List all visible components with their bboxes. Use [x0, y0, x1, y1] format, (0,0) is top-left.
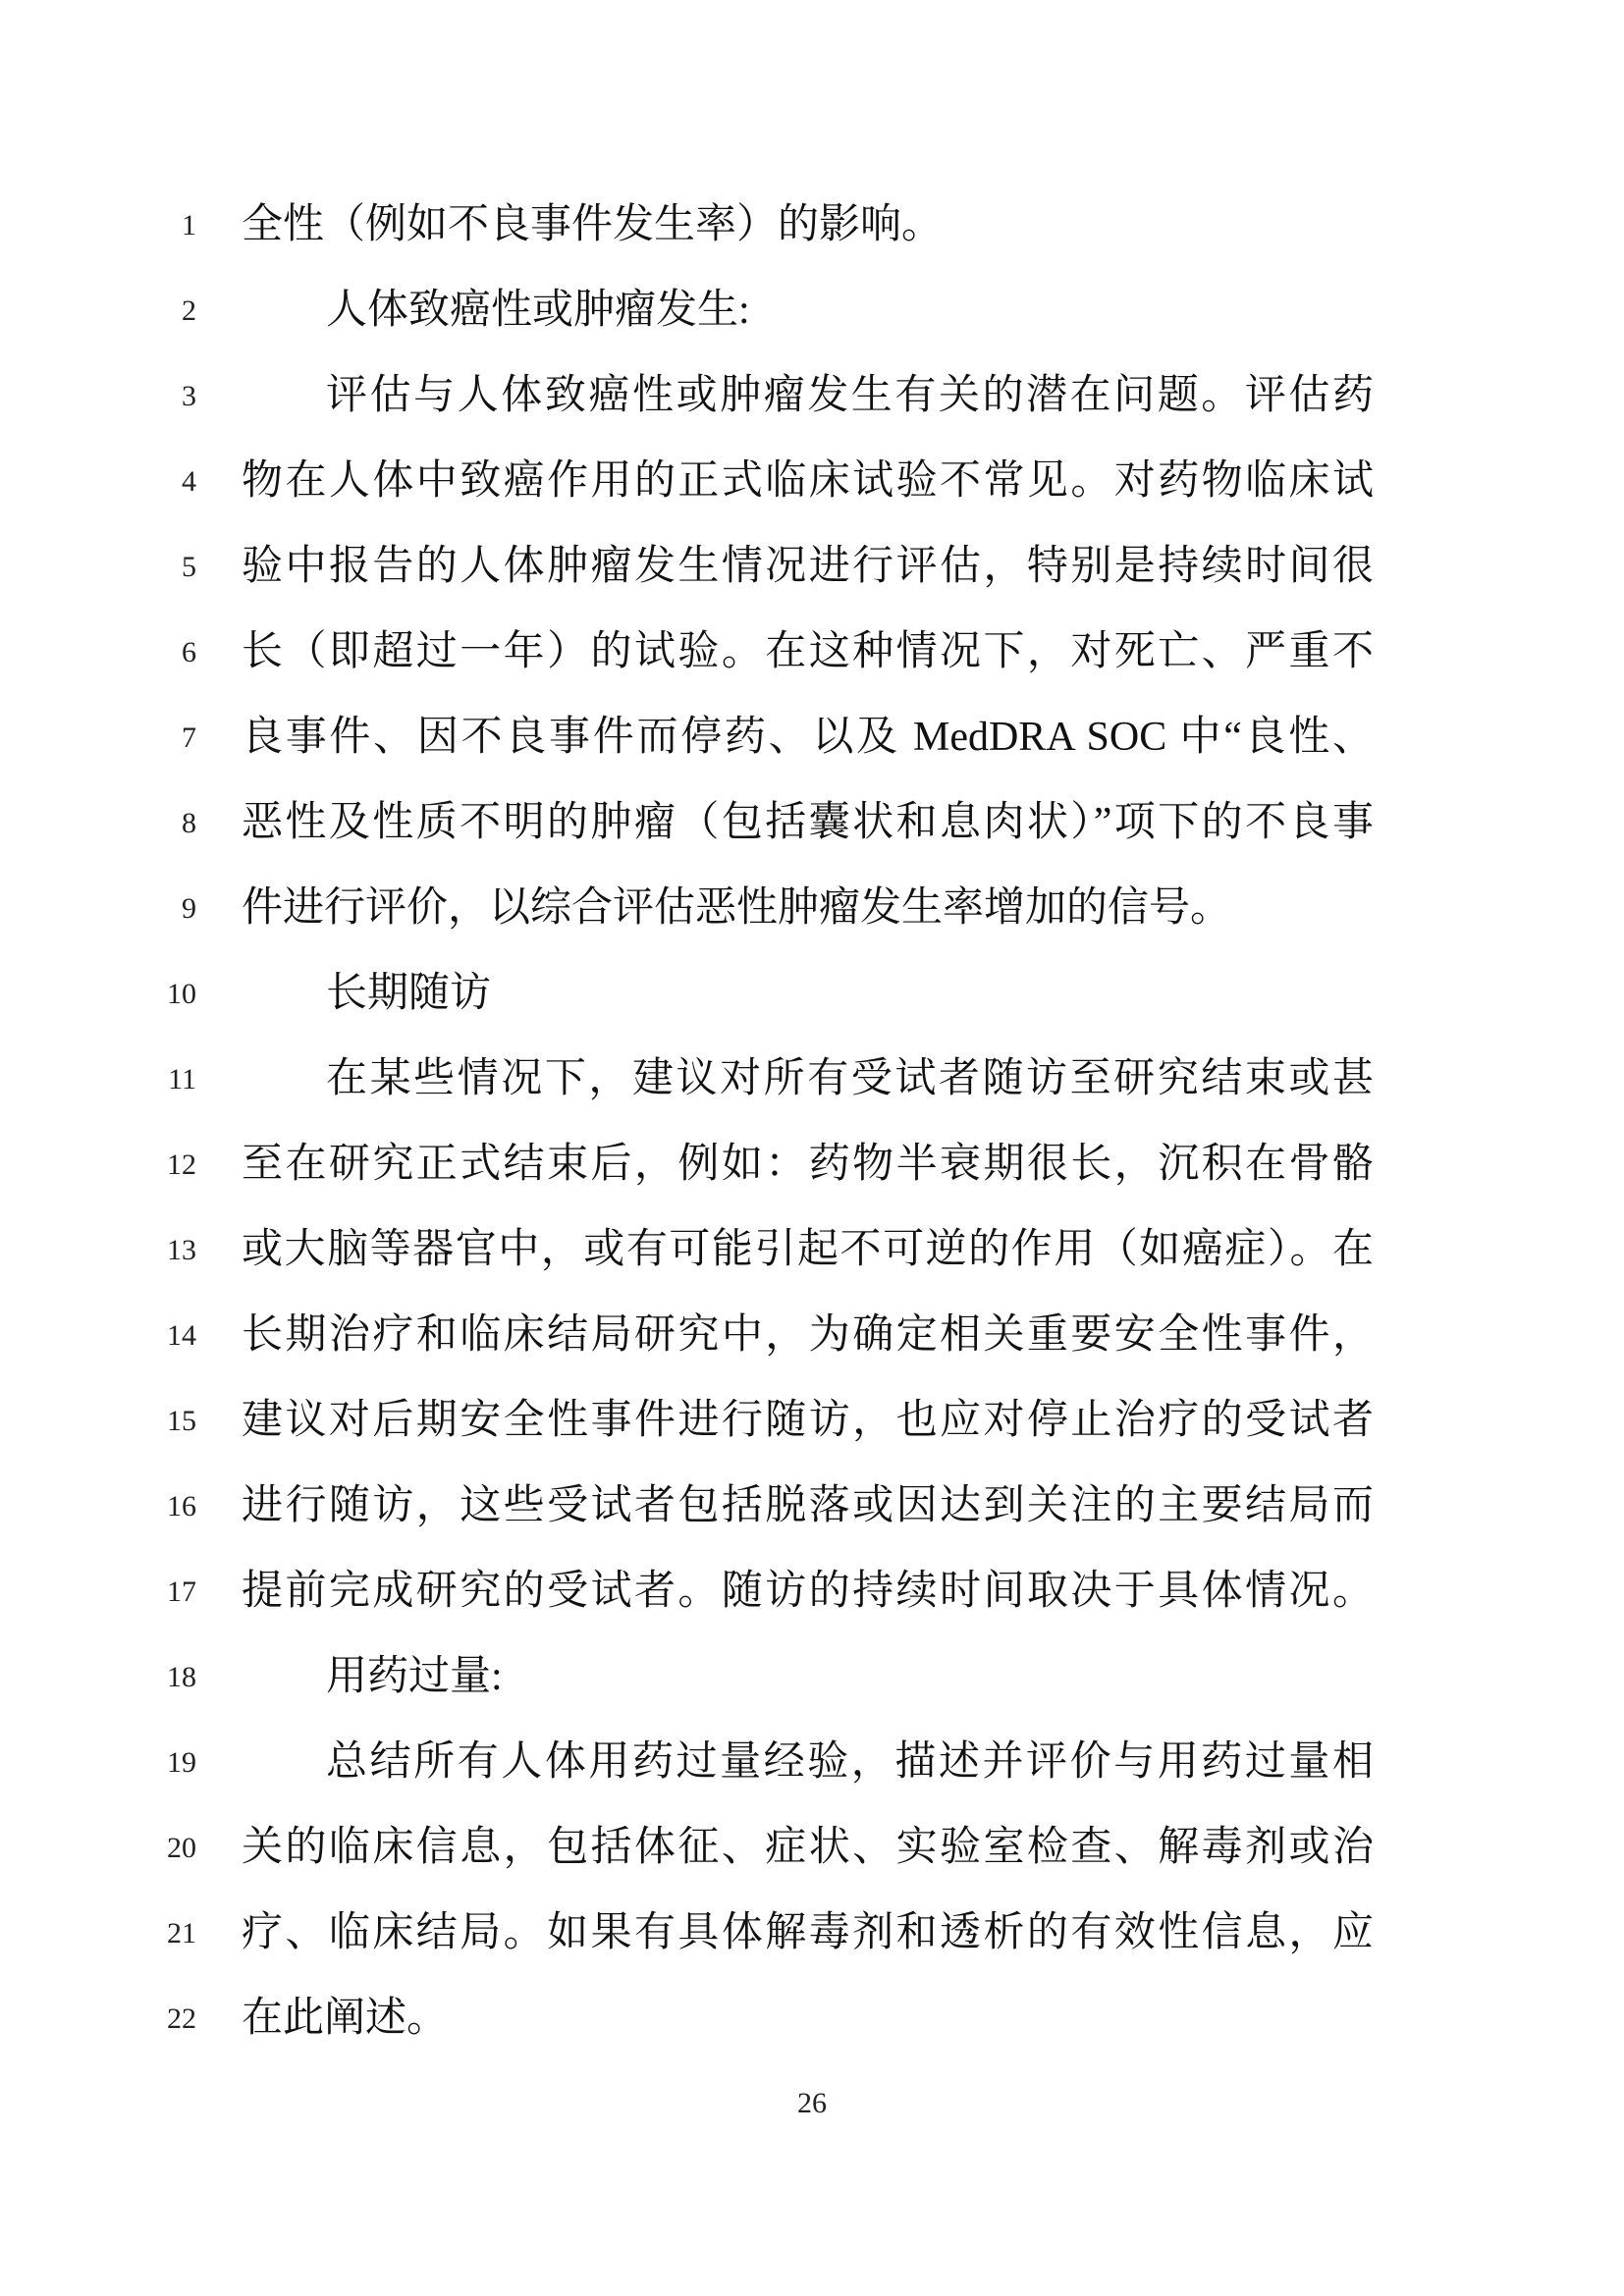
line-number: 21	[0, 1891, 196, 1976]
text-line: 20 关的临床信息，包括体征、症状、实验室检查、解毒剂或治	[0, 1805, 1624, 1891]
text-line: 2 人体致癌性或肿瘤发生:	[0, 268, 1624, 353]
line-number: 10	[0, 951, 196, 1037]
line-number: 3	[0, 353, 196, 439]
line-text: 评估与人体致癌性或肿瘤发生有关的潜在问题。评估药	[242, 353, 1374, 439]
line-text: 在某些情况下，建议对所有受试者随访至研究结束或甚	[242, 1037, 1374, 1122]
line-number: 22	[0, 1976, 196, 2061]
line-number: 5	[0, 524, 196, 610]
text-line: 5 验中报告的人体肿瘤发生情况进行评估，特别是持续时间很	[0, 524, 1624, 610]
line-number: 4	[0, 439, 196, 524]
line-text: 进行随访，这些受试者包括脱落或因达到关注的主要结局而	[242, 1464, 1374, 1549]
text-line: 11 在某些情况下，建议对所有受试者随访至研究结束或甚	[0, 1037, 1624, 1122]
line-number: 17	[0, 1549, 196, 1634]
line-text: 件进行评价，以综合评估恶性肿瘤发生率增加的信号。	[242, 866, 1374, 951]
text-line: 3 评估与人体致癌性或肿瘤发生有关的潜在问题。评估药	[0, 353, 1624, 439]
text-line: 14 长期治疗和临床结局研究中，为确定相关重要安全性事件，	[0, 1293, 1624, 1378]
line-text: 建议对后期安全性事件进行随访，也应对停止治疗的受试者	[242, 1378, 1374, 1464]
line-number: 15	[0, 1378, 196, 1464]
line-number: 19	[0, 1720, 196, 1805]
line-number: 9	[0, 866, 196, 951]
line-text: 长（即超过一年）的试验。在这种情况下，对死亡、严重不	[242, 610, 1374, 695]
text-line: 8 恶性及性质不明的肿瘤（包括囊状和息肉状）”项下的不良事	[0, 780, 1624, 866]
line-text: 关的临床信息，包括体征、症状、实验室检查、解毒剂或治	[242, 1805, 1374, 1891]
text-line: 22 在此阐述。	[0, 1976, 1624, 2061]
line-text: 恶性及性质不明的肿瘤（包括囊状和息肉状）”项下的不良事	[242, 780, 1374, 866]
line-text: 长期随访	[242, 951, 1374, 1037]
line-number: 8	[0, 780, 196, 866]
line-number: 16	[0, 1464, 196, 1549]
text-line: 6 长（即超过一年）的试验。在这种情况下，对死亡、严重不	[0, 610, 1624, 695]
text-line: 15 建议对后期安全性事件进行随访，也应对停止治疗的受试者	[0, 1378, 1624, 1464]
line-number: 14	[0, 1293, 196, 1378]
line-number: 6	[0, 610, 196, 695]
line-number: 18	[0, 1634, 196, 1720]
text-line: 10 长期随访	[0, 951, 1624, 1037]
line-number: 12	[0, 1122, 196, 1207]
text-line: 4 物在人体中致癌作用的正式临床试验不常见。对药物临床试	[0, 439, 1624, 524]
line-number: 20	[0, 1805, 196, 1891]
text-line: 21 疗、临床结局。如果有具体解毒剂和透析的有效性信息，应	[0, 1891, 1624, 1976]
line-text: 验中报告的人体肿瘤发生情况进行评估，特别是持续时间很	[242, 524, 1374, 610]
line-number: 7	[0, 695, 196, 780]
line-number: 13	[0, 1207, 196, 1293]
line-text: 用药过量:	[242, 1634, 1374, 1720]
text-line: 12 至在研究正式结束后，例如：药物半衰期很长，沉积在骨骼	[0, 1122, 1624, 1207]
document-page: 1 全性（例如不良事件发生率）的影响。 2 人体致癌性或肿瘤发生: 3 评估与人…	[0, 0, 1624, 2296]
line-text: 在此阐述。	[242, 1976, 1374, 2061]
line-text: 至在研究正式结束后，例如：药物半衰期很长，沉积在骨骼	[242, 1122, 1374, 1207]
line-text: 人体致癌性或肿瘤发生:	[242, 268, 1374, 353]
text-line: 13 或大脑等器官中，或有可能引起不可逆的作用（如癌症）。在	[0, 1207, 1624, 1293]
text-line: 18 用药过量:	[0, 1634, 1624, 1720]
text-line: 17 提前完成研究的受试者。随访的持续时间取决于具体情况。	[0, 1549, 1624, 1634]
line-text: 提前完成研究的受试者。随访的持续时间取决于具体情况。	[242, 1549, 1374, 1634]
text-body: 1 全性（例如不良事件发生率）的影响。 2 人体致癌性或肿瘤发生: 3 评估与人…	[0, 183, 1624, 2061]
line-text: 良事件、因不良事件而停药、以及 MedDRA SOC 中“良性、	[242, 695, 1374, 780]
text-line: 19 总结所有人体用药过量经验，描述并评价与用药过量相	[0, 1720, 1624, 1805]
text-line: 1 全性（例如不良事件发生率）的影响。	[0, 183, 1624, 268]
page-number: 26	[0, 2087, 1624, 2120]
text-line: 9 件进行评价，以综合评估恶性肿瘤发生率增加的信号。	[0, 866, 1624, 951]
line-number: 11	[0, 1037, 196, 1122]
line-text: 全性（例如不良事件发生率）的影响。	[242, 183, 1374, 268]
line-text: 或大脑等器官中，或有可能引起不可逆的作用（如癌症）。在	[242, 1207, 1374, 1293]
line-text: 总结所有人体用药过量经验，描述并评价与用药过量相	[242, 1720, 1374, 1805]
text-line: 7 良事件、因不良事件而停药、以及 MedDRA SOC 中“良性、	[0, 695, 1624, 780]
line-text: 物在人体中致癌作用的正式临床试验不常见。对药物临床试	[242, 439, 1374, 524]
line-number: 1	[0, 183, 196, 268]
text-line: 16 进行随访，这些受试者包括脱落或因达到关注的主要结局而	[0, 1464, 1624, 1549]
line-number: 2	[0, 268, 196, 353]
line-text: 长期治疗和临床结局研究中，为确定相关重要安全性事件，	[242, 1293, 1374, 1378]
line-text: 疗、临床结局。如果有具体解毒剂和透析的有效性信息，应	[242, 1891, 1374, 1976]
